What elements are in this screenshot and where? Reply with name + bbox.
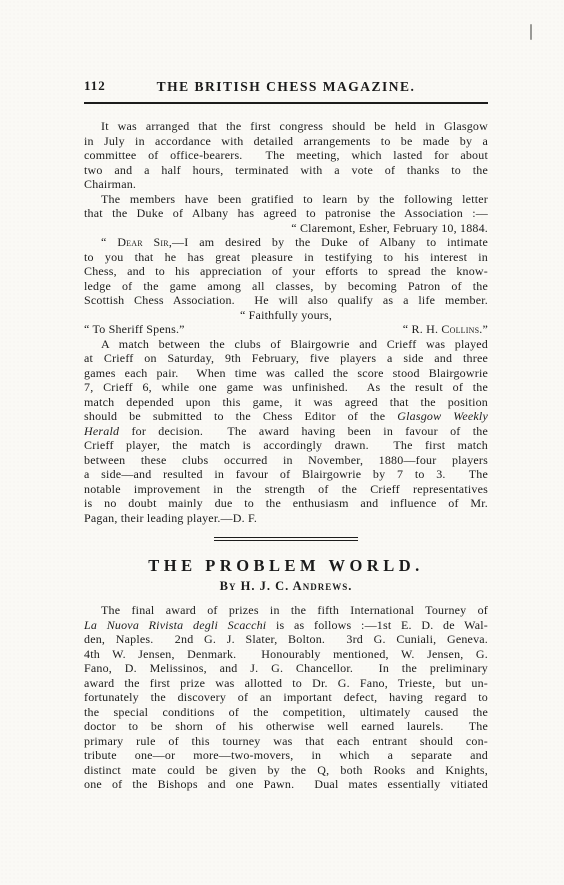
text-line: tribute one—or more—two-movers, in which… [84, 748, 488, 763]
text-line: primary rule of this tourney was that ea… [84, 734, 488, 749]
text-segment: Herald [84, 424, 119, 438]
page-number: 112 [84, 78, 106, 94]
text-line: The members have been gratified to learn… [84, 192, 488, 207]
text-segment: 7, Crieff 6, while one game was unfinish… [84, 380, 488, 394]
text-segment: in July in accordance with detailed arra… [84, 134, 488, 148]
text-segment: ledge of the game among all classes, by … [84, 279, 488, 293]
section-separator [214, 537, 358, 541]
text-line: Chess, and to his appreciation of your e… [84, 264, 488, 279]
text-line: games each pair. When time was called th… [84, 366, 488, 381]
paragraph: “ Dear Sir,—I am desired by the Duke of … [84, 235, 488, 308]
text-line: 7, Crieff 6, while one game was unfinish… [84, 380, 488, 395]
text-line: It was arranged that the first congress … [84, 119, 488, 134]
text-segment: games each pair. When time was called th… [84, 366, 488, 380]
text-segment: a side—and resulted in favour of Blairgo… [84, 467, 488, 481]
text-line: committee of office-bearers. The meeting… [84, 148, 488, 163]
text-segment: Dear Sir [117, 235, 169, 249]
text-segment: “ To Sheriff Spens.” [84, 322, 185, 336]
letter-valediction: “ Faithfully yours, [84, 308, 488, 323]
text-line: one of the Bishops and one Pawn. Dual ma… [84, 777, 488, 792]
letter-dateline: “ Claremont, Esher, February 10, 1884. [84, 221, 488, 236]
text-line: should be submitted to the Chess Editor … [84, 409, 488, 424]
page-content: It was arranged that the first congress … [84, 119, 488, 792]
text-segment: den, Naples. 2nd G. J. Slater, Bolton. 3… [84, 632, 488, 646]
text-segment: fortunately the discovery of an importan… [84, 690, 488, 704]
text-line: award the first prize was allotted to Dr… [84, 676, 488, 691]
text-line: two and a half hours, terminated with a … [84, 163, 488, 178]
text-line: A match between the clubs of Blairgowrie… [84, 337, 488, 352]
text-line: the special conditions of the competitio… [84, 705, 488, 720]
text-line: to you that he has great pleasure in tes… [84, 250, 488, 265]
text-line: Crieff player, the match is accordingly … [84, 438, 488, 453]
text-line: Chairman. [84, 177, 488, 192]
text-segment: between these clubs occurred in November… [84, 453, 488, 467]
text-segment: to you that he has great pleasure in tes… [84, 250, 488, 264]
section-heading: THE PROBLEM WORLD. [84, 557, 488, 575]
scan-artifact-mark [530, 24, 532, 40]
magazine-page-scan: 112 THE BRITISH CHESS MAGAZINE. It was a… [0, 0, 564, 885]
text-segment: .” [479, 322, 488, 336]
text-line: match depended upon this game, it was ag… [84, 395, 488, 410]
text-segment: By H. J. C. Andrews. [220, 579, 353, 593]
text-segment: “ Claremont, Esher, February 10, 1884. [291, 221, 488, 235]
text-segment: A match between the clubs of Blairgowrie… [101, 337, 488, 351]
text-line: a side—and resulted in favour of Blairgo… [84, 467, 488, 482]
text-line: is no doubt mainly due to the enthusiasm… [84, 496, 488, 511]
paragraph: A match between the clubs of Blairgowrie… [84, 337, 488, 526]
text-segment: Fano, D. Melissinos, and J. G. Chancello… [84, 661, 488, 675]
text-segment: La Nuova Rivista degli Scacchi [84, 618, 266, 632]
text-line: Fano, D. Melissinos, and J. G. Chancello… [84, 661, 488, 676]
text-segment: ,—I am desired by the Duke of Albany to … [169, 235, 488, 249]
text-segment: notable improvement in the strength of t… [84, 482, 488, 496]
text-line: doctor to be shorn of his otherwise well… [84, 719, 488, 734]
text-line: that the Duke of Albany has agreed to pa… [84, 206, 488, 221]
text-segment: is as follows :—1st E. D. de Wal- [266, 618, 488, 632]
text-segment: Scottish Chess Association. He will also… [84, 293, 488, 307]
text-segment: “ R. H. [403, 322, 442, 336]
text-segment: for decision. The award having been in f… [119, 424, 488, 438]
text-segment: Pagan, their leading player.—D. F. [84, 511, 257, 525]
text-segment: It was arranged that the first congress … [101, 119, 488, 133]
paragraph: The members have been gratified to learn… [84, 192, 488, 221]
text-segment: match depended upon this game, it was ag… [84, 395, 488, 409]
text-segment: two and a half hours, terminated with a … [84, 163, 488, 177]
text-segment: distinct mate could be given by the Q, b… [84, 763, 488, 777]
paragraph: It was arranged that the first congress … [84, 119, 488, 192]
text-line: Scottish Chess Association. He will also… [84, 293, 488, 308]
text-line: La Nuova Rivista degli Scacchi is as fol… [84, 618, 488, 633]
text-segment: tribute one—or more—two-movers, in which… [84, 748, 488, 762]
letter-signature-row: “ To Sheriff Spens.”“ R. H. Collins.” [84, 322, 488, 337]
text-line: The final award of prizes in the fifth I… [84, 603, 488, 618]
text-segment: award the first prize was allotted to Dr… [84, 676, 488, 690]
text-segment: that the Duke of Albany has agreed to pa… [84, 206, 488, 220]
text-line: den, Naples. 2nd G. J. Slater, Bolton. 3… [84, 632, 488, 647]
text-line: distinct mate could be given by the Q, b… [84, 763, 488, 778]
text-segment: “ Faithfully yours, [240, 308, 332, 322]
text-segment: Collins [441, 322, 479, 336]
text-segment: Glasgow Weekly [397, 409, 488, 423]
text-line: in July in accordance with detailed arra… [84, 134, 488, 149]
text-segment: should be submitted to the Chess Editor … [84, 409, 397, 423]
running-header: 112 THE BRITISH CHESS MAGAZINE. [84, 78, 488, 93]
text-segment: doctor to be shorn of his otherwise well… [84, 719, 488, 733]
text-segment: The members have been gratified to learn… [101, 192, 488, 206]
paragraph: The final award of prizes in the fifth I… [84, 603, 488, 792]
letter-signatory: “ R. H. Collins.” [403, 322, 488, 337]
text-segment: is no doubt mainly due to the enthusiasm… [84, 496, 488, 510]
text-line: “ Dear Sir,—I am desired by the Duke of … [84, 235, 488, 250]
journal-title: THE BRITISH CHESS MAGAZINE. [157, 79, 416, 94]
text-line: between these clubs occurred in November… [84, 453, 488, 468]
text-segment: Chess, and to his appreciation of your e… [84, 264, 488, 278]
text-segment: The final award of prizes in the fifth I… [101, 603, 488, 617]
text-segment: 4th W. Jensen, Denmark. Honourably menti… [84, 647, 488, 661]
section-byline: By H. J. C. Andrews. [84, 579, 488, 594]
text-line: ledge of the game among all classes, by … [84, 279, 488, 294]
text-line: Pagan, their leading player.—D. F. [84, 511, 488, 526]
text-segment: the special conditions of the competitio… [84, 705, 488, 719]
letter-addressee: “ To Sheriff Spens.” [84, 322, 185, 337]
text-line: notable improvement in the strength of t… [84, 482, 488, 497]
text-segment: Crieff player, the match is accordingly … [84, 438, 488, 452]
text-line: 4th W. Jensen, Denmark. Honourably menti… [84, 647, 488, 662]
text-segment: at Crieff on Saturday, 9th February, fiv… [84, 351, 488, 365]
text-line: fortunately the discovery of an importan… [84, 690, 488, 705]
text-segment: Chairman. [84, 177, 136, 191]
text-segment: primary rule of this tourney was that ea… [84, 734, 488, 748]
text-segment: committee of office-bearers. The meeting… [84, 148, 488, 162]
text-segment: one of the Bishops and one Pawn. Dual ma… [84, 777, 488, 791]
header-rule [84, 102, 488, 104]
text-line: Herald for decision. The award having be… [84, 424, 488, 439]
text-line: at Crieff on Saturday, 9th February, fiv… [84, 351, 488, 366]
text-segment: “ [101, 235, 117, 249]
page-text-block: 112 THE BRITISH CHESS MAGAZINE. It was a… [84, 78, 488, 792]
